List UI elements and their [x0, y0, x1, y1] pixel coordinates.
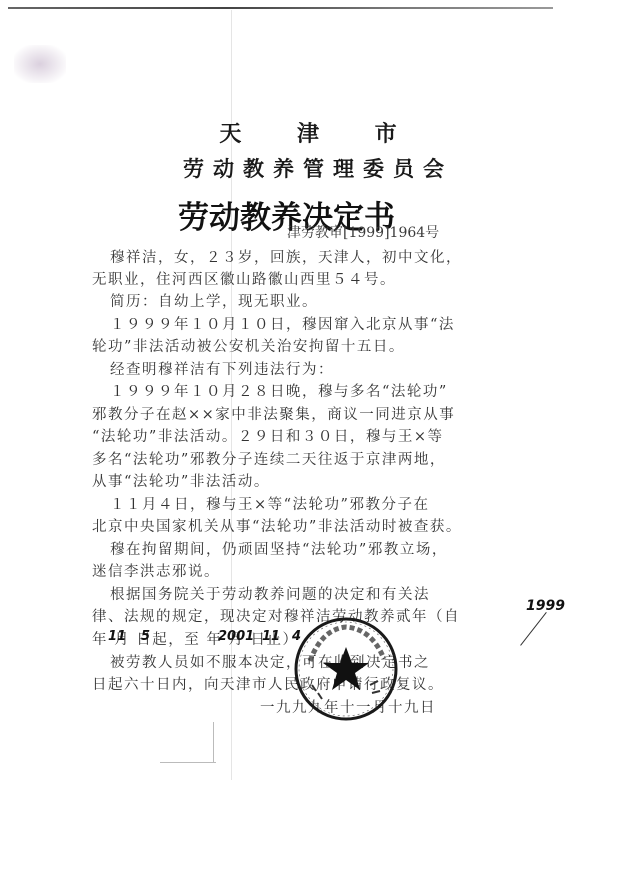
body-line: “法轮功”非法活动。２９日和３０日，穆与王×等 [92, 425, 443, 446]
scan-smudge [14, 45, 66, 83]
body-line: 简历：自幼上学，现无职业。 [110, 290, 318, 311]
handwritten-end-year: 2001 [218, 629, 254, 644]
handwritten-stroke [520, 612, 547, 646]
header-organization: 劳动教养管理委员会 [0, 153, 620, 183]
scan-mark [160, 762, 216, 763]
body-line: 邪教分子在赵××家中非法聚集，商议一同进京从事 [92, 403, 455, 424]
handwritten-start-month: 11 [108, 629, 126, 644]
scan-top-edge [8, 7, 553, 9]
body-line: １９９９年１０月２８日晚，穆与多名“法轮功” [110, 380, 448, 401]
body-line: 经查明穆祥洁有下列违法行为： [110, 358, 334, 379]
document-number: 津劳教审[1999]1964号 [287, 222, 439, 242]
body-line: 轮功”非法活动被公安机关治安拘留十五日。 [92, 335, 405, 356]
body-line: 多名“法轮功”邪教分子连续二天往返于京津两地， [92, 448, 446, 469]
body-line: １１月４日，穆与王×等“法轮功”邪教分子在 [110, 493, 429, 514]
body-line: 从事“法轮功”非法活动。 [92, 470, 270, 491]
body-line: 根据国务院关于劳动教养问题的决定和有关法 [110, 583, 430, 604]
handwritten-end-month: 11 [262, 629, 280, 644]
official-seal [292, 615, 400, 723]
body-line: 迷信李洪志邪说。 [92, 560, 220, 581]
scan-mark [213, 722, 214, 762]
body-line: 穆在拘留期间，仍顽固坚持“法轮功”邪教立场， [110, 538, 448, 559]
body-line: 无职业，住河西区徽山路徽山西里５４号。 [92, 268, 396, 289]
body-line: 北京中央国家机关从事“法轮功”非法活动时被查获。 [92, 515, 462, 536]
header-city: 天 津 市 [0, 117, 620, 148]
body-line: １９９９年１０月１０日，穆因窜入北京从事“法 [110, 313, 455, 334]
seal-star-icon [292, 615, 400, 723]
body-line: 律、法规的规定，现决定对穆祥洁劳动教养贰年（自 [92, 605, 460, 626]
handwritten-start-day: 5 [141, 629, 150, 644]
body-line: 穆祥洁，女，２３岁，回族，天津人，初中文化， [110, 246, 462, 267]
